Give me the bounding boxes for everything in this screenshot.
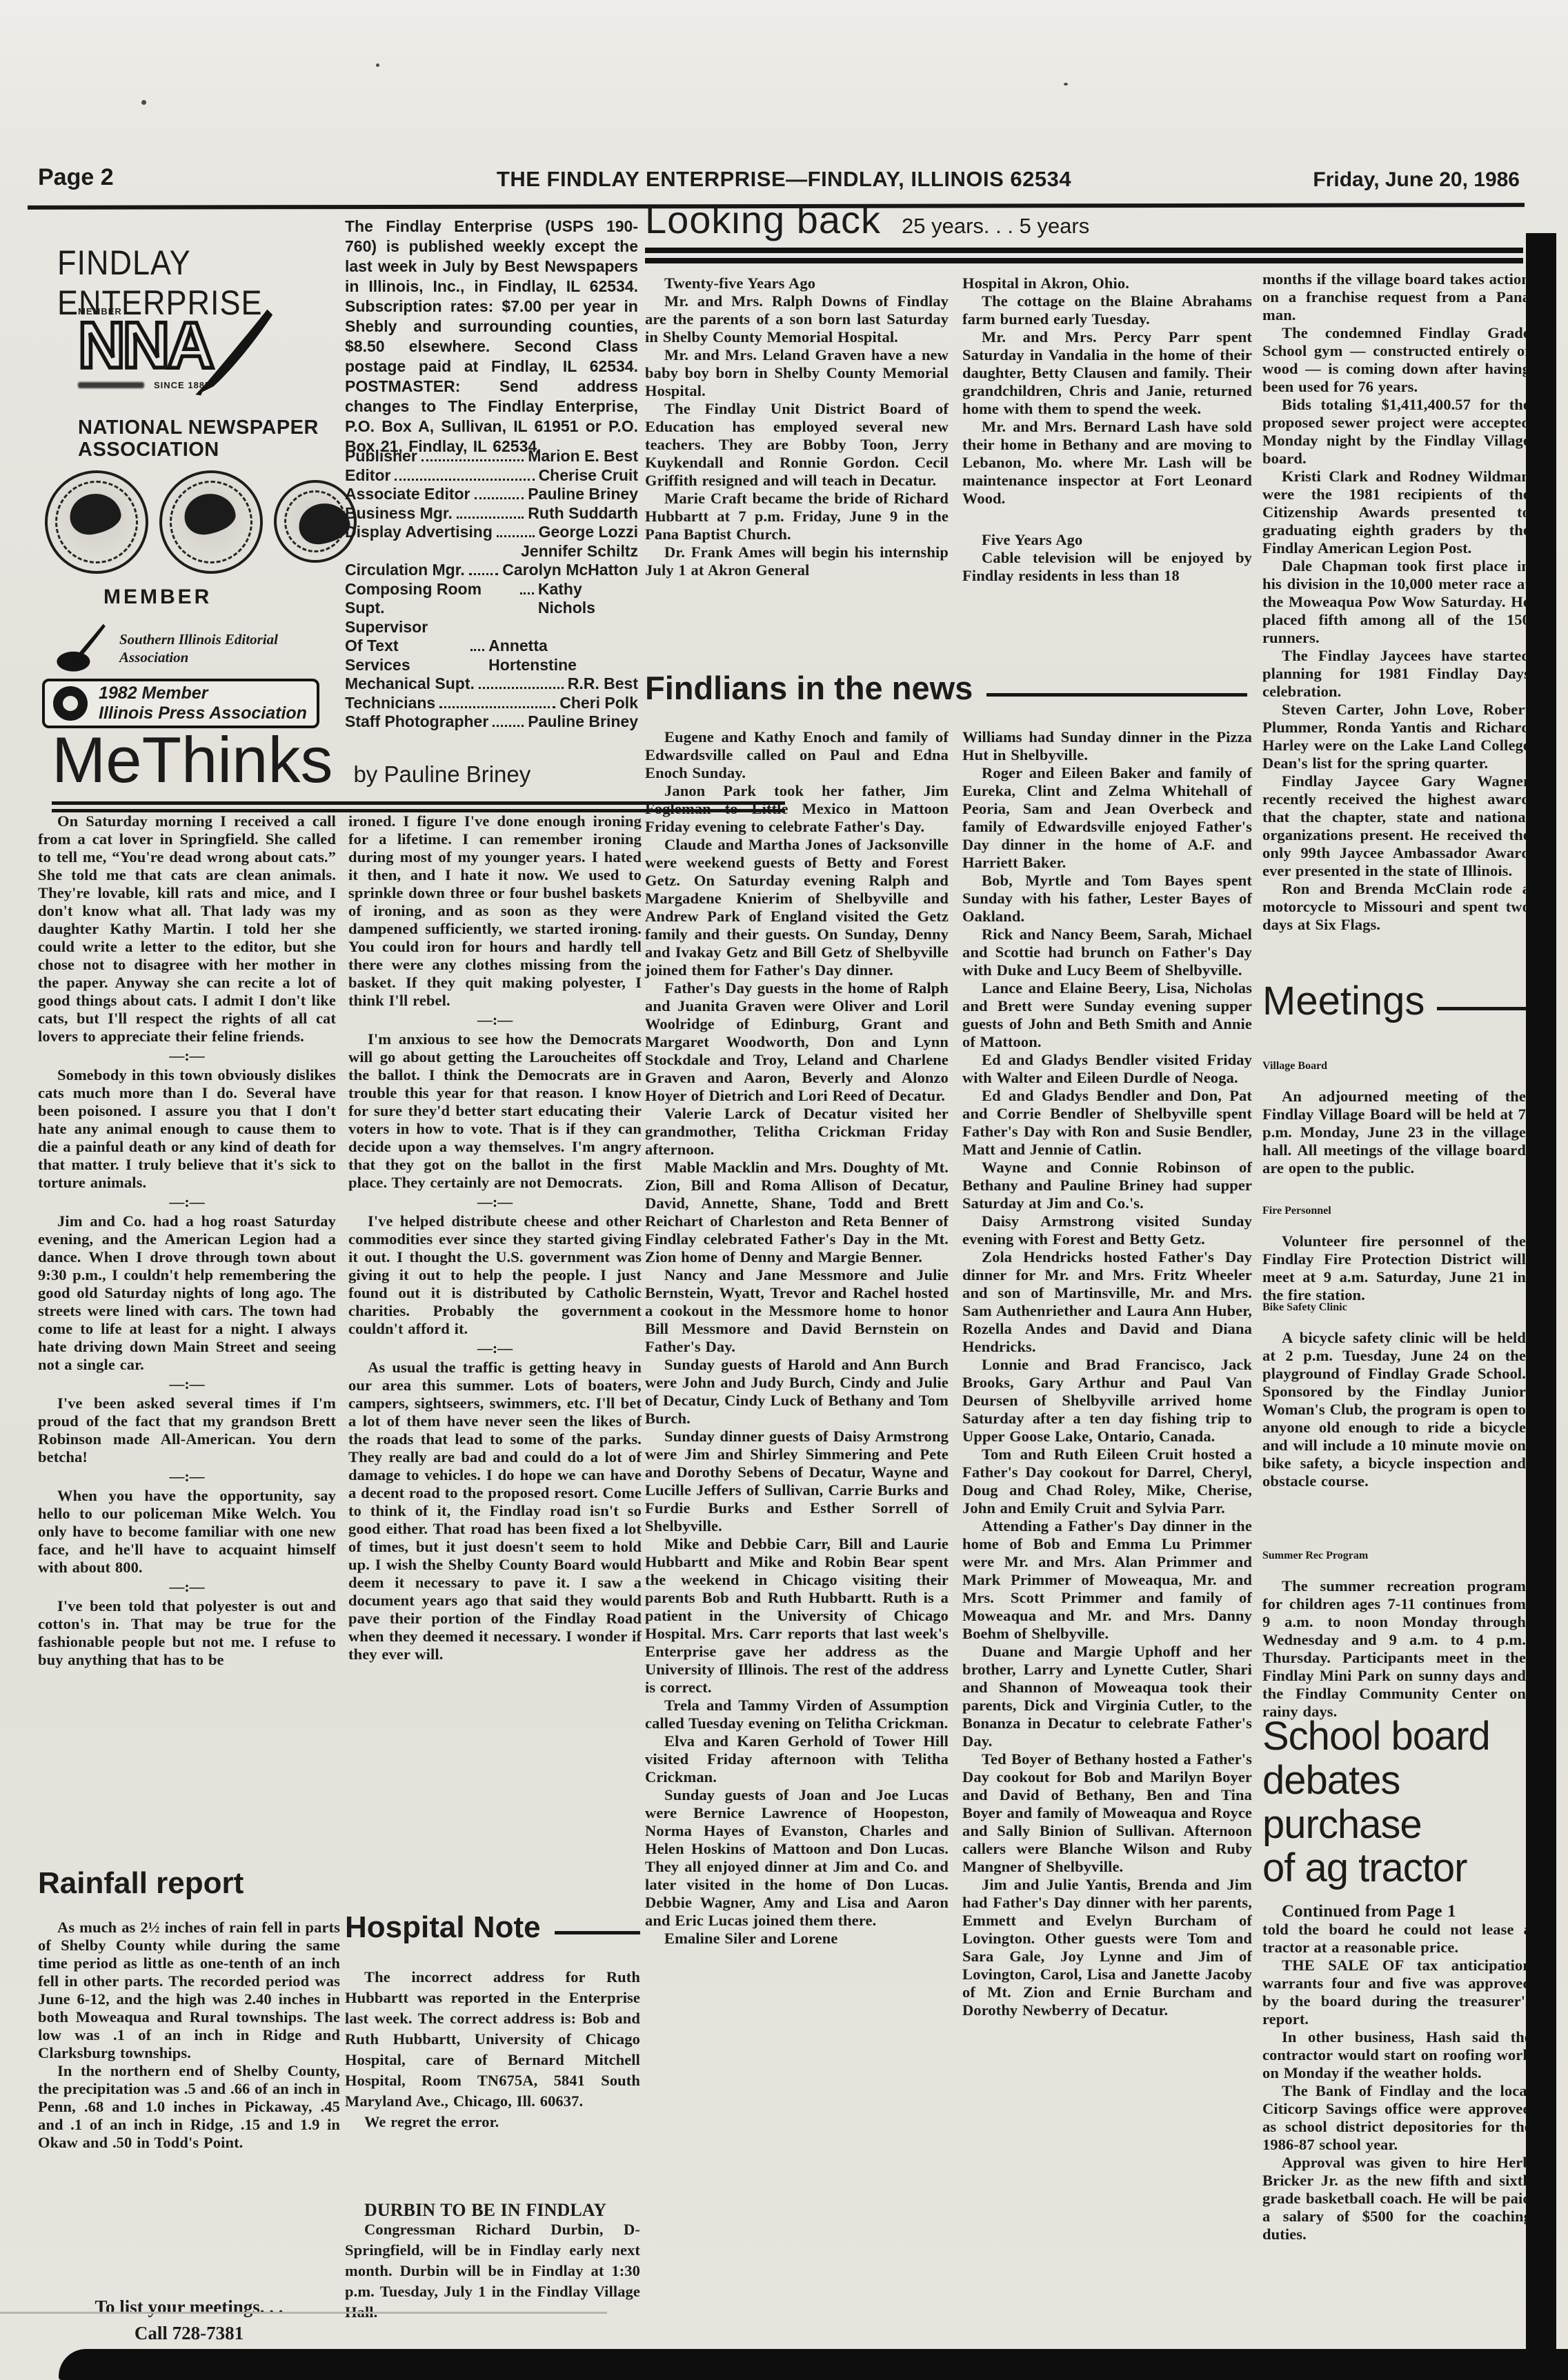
article-paragraph: Claude and Martha Jones of Jacksonville … [645,836,949,979]
assoc-line2: ASSOCIATION [78,439,319,461]
meeting-item: Bike Safety Clinic A bicycle safety clin… [1262,1287,1526,1490]
meeting-text: An adjourned meeting of the Findlay Vill… [1262,1088,1526,1177]
contest-seal-icon [159,470,263,574]
staff-role: Composing Room Supt. [345,580,516,618]
section-separator: —:— [38,1046,336,1066]
title-line: debates purchase [1262,1759,1531,1847]
meetings-header: Meetings [1262,978,1526,1024]
staff-role: Mechanical Supt. [345,674,475,694]
section-separator: —:— [38,1466,336,1487]
article-paragraph: Williams had Sunday dinner in the Pizza … [962,728,1252,764]
dot-leader [479,687,564,689]
article-paragraph: Ron and Brenda McClain rode a motorcycle… [1262,880,1530,934]
staff-name: George Lozzi [539,523,638,542]
staff-name: Kathy Nichols [538,580,638,618]
ipa-name: Illinois Press Association [99,703,307,723]
contest-seal-icon [274,480,357,563]
article-paragraph: In the northern end of Shelby County, th… [38,2062,340,2152]
looking-back-rule [645,248,1523,263]
meeting-heading: Village Board [1262,1060,1526,1072]
staff-role: Editor [345,466,390,486]
article-paragraph: The condemned Findlay Grade School gym —… [1262,324,1530,396]
staff-role: Business Mgr. [345,504,453,523]
staff-row: Mechanical Supt.R.R. Best [345,674,638,694]
durbin-item: DURBIN TO BE IN FINDLAY Congressman Rich… [345,2201,640,2323]
column-paragraph: I've helped distribute cheese and other … [348,1212,642,1338]
article-paragraph: As much as 2½ inches of rain fell in par… [38,1919,340,2062]
article-paragraph: Ted Boyer of Bethany hosted a Father's D… [962,1750,1252,1876]
meetings-listing-note: To list your meetings. . . Call 728-7381 [38,2294,340,2346]
hospital-rule [555,1931,640,1934]
article-paragraph: Mr. and Mrs. Leland Graven have a new ba… [645,346,949,400]
scan-edge-bar-bottom [59,2349,1568,2380]
staff-row: PublisherMarion E. Best [345,447,638,466]
durbin-heading: DURBIN TO BE IN FINDLAY [345,2201,640,2219]
scan-fold-line [0,2312,607,2314]
article-paragraph: Daisy Armstrong visited Sunday evening w… [962,1212,1252,1248]
article-paragraph: Wayne and Connie Robinson of Bethany and… [962,1159,1252,1212]
title-line: of ag tractor [1262,1846,1531,1890]
article-paragraph: Roger and Eileen Baker and family of Eur… [962,764,1252,872]
looking-back-col2: Hospital in Akron, Ohio. The cottage on … [962,274,1252,585]
staff-role: Supervisor [345,618,428,637]
article-paragraph: Bids totaling $1,411,400.57 for the prop… [1262,396,1530,468]
article-paragraph: Sunday guests of Joan and Joe Lucas were… [645,1786,949,1930]
note-line2: Call 728-7381 [38,2320,340,2346]
assoc-line1: NATIONAL NEWSPAPER [78,417,319,439]
looking-back-header: Looking back 25 years. . . 5 years [645,197,1523,263]
article-paragraph: Zola Hendricks hosted Father's Day dinne… [962,1248,1252,1356]
article-paragraph: Mr. and Mrs. Percy Parr spent Saturday i… [962,328,1252,418]
article-paragraph: Elva and Karen Gerhold of Tower Hill vis… [645,1732,949,1786]
staff-row: EditorCherise Cruit [345,466,638,486]
looking-back-subtitle: 25 years. . . 5 years [902,214,1089,239]
article-paragraph: Tom and Ruth Eileen Cruit hosted a Fathe… [962,1446,1252,1517]
member-label: MEMBER [103,586,212,609]
article-paragraph: Rick and Nancy Beem, Sarah, Michael and … [962,926,1252,979]
section-separator: —:— [38,1192,336,1212]
article-paragraph: Congressman Richard Durbin, D-Springfiel… [345,2219,640,2323]
contest-seal-icon [45,470,148,574]
article-paragraph: We regret the error. [345,2112,640,2132]
article-paragraph: told the board he could not lease a trac… [1262,1921,1531,1957]
column-paragraph: I've been asked several times if I'm pro… [38,1394,336,1466]
meetings-title: Meetings [1262,978,1425,1024]
staff-row: TechniciansCheri Polk [345,694,638,713]
looking-back-col3: months if the village board takes action… [1262,270,1530,934]
article-paragraph: Approval was given to hire Herb Bricker … [1262,2154,1531,2243]
staff-name: R.R. Best [568,674,638,694]
press-association-emblem-icon [53,686,88,721]
staff-list: PublisherMarion E. Best EditorCherise Cr… [345,447,638,732]
dot-leader [395,479,534,481]
column-paragraph: As usual the traffic is getting heavy in… [348,1359,642,1663]
article-paragraph: The cottage on the Blaine Abrahams farm … [962,292,1252,328]
dot-leader [421,459,524,461]
staff-role: Of Text Services [345,637,466,674]
article-paragraph: THE SALE OF tax anticipation warrants fo… [1262,1957,1531,2028]
staff-role: Associate Editor [345,485,470,504]
staff-name: Annetta Hortenstine [488,637,638,674]
smudged-text [78,382,144,388]
article-paragraph: Jim and Julie Yantis, Brenda and Jim had… [962,1876,1252,2019]
article-paragraph: Emaline Siler and Lorene [645,1930,949,1948]
looking-back-title: Looking back [645,197,881,242]
rainfall-report: Rainfall report As much as 2½ inches of … [38,1866,340,2152]
hospital-note-title: Hospital Note [345,1910,541,1945]
methinks-col1: On Saturday morning I received a call fr… [38,812,336,1669]
rainfall-title: Rainfall report [38,1866,340,1901]
dot-leader [520,592,534,594]
siea-label: Southern Illinois Editorial Association [119,630,319,667]
article-paragraph: Lance and Elaine Beery, Lisa, Nicholas a… [962,979,1252,1051]
article-paragraph: months if the village board takes action… [1262,270,1530,324]
article-paragraph: Dale Chapman took first place in his div… [1262,557,1530,647]
siea-emblem: Southern Illinois Editorial Association [50,621,319,676]
article-paragraph: Nancy and Jane Messmore and Julie Bernst… [645,1266,949,1356]
staff-row: Jennifer Schiltz [345,542,638,561]
ipa-year-member: 1982 Member [99,683,307,703]
dot-leader [439,706,555,708]
article-paragraph: Father's Day guests in the home of Ralph… [645,979,949,1105]
staff-row: Of Text ServicesAnnetta Hortenstine [345,637,638,674]
continued-note: Continued from Page 1 [1262,1903,1531,1921]
article-paragraph: Mable Macklin and Mrs. Doughty of Mt. Zi… [645,1159,949,1266]
dot-leader [457,517,524,519]
meeting-text: The summer recreation program for childr… [1262,1577,1526,1721]
press-association-box: 1982 Member Illinois Press Association [42,679,319,728]
column-paragraph: Jim and Co. had a hog roast Saturday eve… [38,1212,336,1374]
section-separator: —:— [348,1010,642,1030]
methinks-col2: ironed. I figure I've done enough ironin… [348,812,642,1663]
article-paragraph: Trela and Tammy Virden of Assumption cal… [645,1697,949,1732]
meetings-rule [1437,1007,1526,1010]
staff-row: Composing Room Supt.Kathy Nichols [345,580,638,618]
dot-leader [497,535,535,537]
contest-seals [45,470,357,574]
staff-name: Marion E. Best [528,447,638,466]
meeting-heading: Summer Rec Program [1262,1550,1526,1562]
meeting-heading: Fire Personnel [1262,1205,1526,1217]
staff-name: Pauline Briney [528,485,638,504]
staff-name: Cherise Cruit [539,466,638,486]
meeting-item: Village Board An adjourned meeting of th… [1262,1046,1526,1177]
section-separator: —:— [38,1374,336,1394]
column-paragraph: Somebody in this town obviously dislikes… [38,1066,336,1192]
staff-name: Ruth Suddarth [528,504,638,523]
national-newspaper-association-label: NATIONAL NEWSPAPER ASSOCIATION [78,417,319,461]
scan-speck [1064,83,1068,86]
methinks-title: MeThinks [52,723,333,797]
article-paragraph: Sunday guests of Harold and Ann Burch we… [645,1356,949,1428]
meeting-text: A bicycle safety clinic will be held at … [1262,1329,1526,1490]
article-paragraph: Mr. and Mrs. Bernard Lash have sold thei… [962,418,1252,508]
article-paragraph: Steven Carter, John Love, Robert Plummer… [1262,701,1530,772]
staff-row: Business Mgr.Ruth Suddarth [345,504,638,523]
dot-leader [469,573,498,575]
dot-leader [475,497,524,499]
findlians-col1: Eugene and Kathy Enoch and family of Edw… [645,728,949,1948]
article-paragraph: Valerie Larck of Decatur visited her gra… [645,1105,949,1159]
newspaper-page: Page 2 THE FINDLAY ENTERPRISE—FINDLAY, I… [0,0,1568,2380]
article-paragraph: The Bank of Findlay and the local Citico… [1262,2082,1531,2154]
twenty-five-years-heading: Twenty-five Years Ago [645,274,949,292]
article-paragraph: Lonnie and Brad Francisco, Jack Brooks, … [962,1356,1252,1446]
article-paragraph: Mr. and Mrs. Ralph Downs of Findlay are … [645,292,949,346]
column-paragraph: I'm anxious to see how the Democrats wil… [348,1030,642,1192]
article-paragraph: Hospital in Akron, Ohio. [962,274,1252,292]
article-paragraph: Marie Craft became the bride of Richard … [645,490,949,543]
column-paragraph: I've been told that polyester is out and… [38,1597,336,1669]
note-line1: To list your meetings. . . [38,2294,340,2320]
column-paragraph: ironed. I figure I've done enough ironin… [348,812,642,1010]
publication-info: The Findlay Enterprise (USPS 190-760) is… [345,217,638,457]
school-board-article: School board debates purchase of ag trac… [1262,1714,1531,2243]
article-paragraph: The Findlay Jaycees have started plannin… [1262,647,1530,701]
article-paragraph: Ed and Gladys Bendler visited Friday wit… [962,1051,1252,1087]
article-paragraph: Mike and Debbie Carr, Bill and Laurie Hu… [645,1535,949,1697]
findlians-header: Findlians in the news [645,669,1247,707]
dot-leader [470,649,484,651]
section-separator: —:— [348,1338,642,1359]
article-paragraph: In other business, Hash said the contrac… [1262,2028,1531,2082]
staff-name: Cheri Polk [559,694,638,713]
five-years-heading: Five Years Ago [962,531,1252,549]
article-paragraph: The Findlay Unit District Board of Educa… [645,400,949,490]
column-paragraph: On Saturday morning I received a call fr… [38,812,336,1046]
scan-speck [376,63,379,67]
nna-logo: MEMBER NNA SINCE 1885 [78,306,299,390]
staff-row: Supervisor [345,618,638,637]
staff-role: Circulation Mgr. [345,561,465,580]
article-paragraph: Attending a Father's Day dinner in the h… [962,1517,1252,1643]
staff-role: Technicians [345,694,435,713]
looking-back-col1: Twenty-five Years Ago Mr. and Mrs. Ralph… [645,274,949,579]
title-line: School board [1262,1714,1531,1759]
column-paragraph: When you have the opportunity, say hello… [38,1487,336,1577]
findlians-col2: Williams had Sunday dinner in the Pizza … [962,728,1252,2019]
scan-edge-bar-right [1526,233,1556,2352]
findlians-rule [986,693,1247,697]
staff-row: Circulation Mgr.Carolyn McHatton [345,561,638,580]
section-separator: —:— [38,1577,336,1597]
section-separator: —:— [348,1192,642,1212]
article-paragraph: Kristi Clark and Rodney Wildman were the… [1262,468,1530,557]
findlians-title: Findlians in the news [645,669,973,707]
meeting-heading: Bike Safety Clinic [1262,1301,1526,1314]
staff-row: Display AdvertisingGeorge Lozzi [345,523,638,542]
inkwell-quill-icon [50,621,110,676]
staff-row: Associate EditorPauline Briney [345,485,638,504]
methinks-byline: by Pauline Briney [353,761,530,788]
issue-date: Friday, June 20, 1986 [1313,168,1520,192]
article-paragraph: Ed and Gladys Bendler and Don, Pat and C… [962,1087,1252,1159]
masthead: FINDLAY ENTERPRISE MEMBER NNA SINCE 1885… [38,243,338,767]
staff-name: Jennifer Schiltz [521,542,638,561]
article-paragraph: Duane and Margie Uphoff and her brother,… [962,1643,1252,1750]
article-paragraph: Sunday dinner guests of Daisy Armstrong … [645,1428,949,1535]
staff-name: Carolyn McHatton [502,561,638,580]
school-board-title: School board debates purchase of ag trac… [1262,1714,1531,1890]
hospital-note: Hospital Note The incorrect address for … [345,1910,640,2132]
article-paragraph: Bob, Myrtle and Tom Bayes spent Sunday w… [962,872,1252,926]
staff-role: Display Advertising [345,523,493,542]
staff-role: Publisher [345,447,417,466]
article-paragraph: The incorrect address for Ruth Hubbartt … [345,1967,640,2112]
meeting-item: Summer Rec Program The summer recreation… [1262,1535,1526,1721]
article-paragraph: Dr. Frank Ames will begin his internship… [645,543,949,579]
scan-speck [141,100,146,105]
methinks-rule [52,801,785,812]
quill-icon [181,308,285,397]
article-paragraph: Cable television will be enjoyed by Find… [962,549,1252,585]
article-paragraph: Findlay Jaycee Gary Wagner recently rece… [1262,772,1530,880]
methinks-header: MeThinks by Pauline Briney [52,723,785,812]
